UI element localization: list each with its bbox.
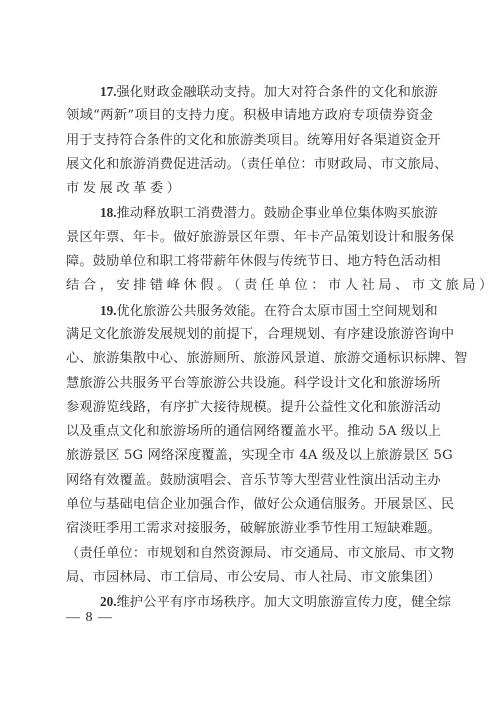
item-heading: 推动释放职工消费潜力。 <box>116 206 263 221</box>
paragraph-20: 20.维护公平有序市场秩序。加大文明旅游宣传力度，健全综 <box>66 590 433 614</box>
paragraph-line: 心、旅游集散中心、旅游厕所、旅游风景道、旅游交通标识标牌、智 <box>66 347 433 371</box>
item-number: 20. <box>100 594 116 609</box>
paragraph-line: 景区年票、年卡。做好旅游景区年票、年卡产品策划设计和服务保 <box>66 226 433 250</box>
page-number: — 8 — <box>66 610 113 626</box>
paragraph-first-line: 18.推动释放职工消费潜力。鼓励企事业单位集体购买旅游 <box>66 201 433 225</box>
paragraph-line: 展文化和旅游消费促进活动。（责任单位：市财政局、市文旅局、 <box>66 153 433 177</box>
line-text: 鼓励企事业单位集体购买旅游 <box>264 206 438 221</box>
item-number: 19. <box>100 303 116 318</box>
paragraph-first-line: 19.优化旅游公共服务效能。在符合太原市国土空间规划和 <box>66 299 433 323</box>
paragraph-line: 慧旅游公共服务平台等旅游公共设施。科学设计文化和旅游场所 <box>66 372 433 396</box>
document-body: 17.强化财政金融联动支持。加大对符合条件的文化和旅游 领域“两新”项目的支持力… <box>66 80 433 615</box>
paragraph-line: 领域“两新”项目的支持力度。积极申请地方政府专项债券资金 <box>66 104 433 128</box>
paragraph-line: （责任单位：市规划和自然资源局、市交通局、市文旅局、市文物 <box>66 542 433 566</box>
paragraph-19: 19.优化旅游公共服务效能。在符合太原市国土空间规划和 满足文化旅游发展规划的前… <box>66 299 433 591</box>
paragraph-line: 以及重点文化和旅游场所的通信网络覆盖水平。推动 5A 级以上 <box>66 420 433 444</box>
paragraph-line: 障。鼓励单位和职工将带薪年休假与传统节日、地方特色活动相 <box>66 250 433 274</box>
item-heading: 优化旅游公共服务效能。 <box>116 304 263 319</box>
line-text: 在符合太原市国土空间规划和 <box>264 304 438 319</box>
paragraph-line: 单位与基础电信企业加强合作，做好公众通信服务。开展景区、民 <box>66 493 433 517</box>
paragraph-line: 参观游览线路，有序扩大接待规模。提升公益性文化和旅游活动 <box>66 396 433 420</box>
item-heading: 维护公平有序市场秩序。 <box>116 595 263 610</box>
paragraph-line: 局、市园林局、市工信局、市公安局、市人社局、市文旅集团） <box>66 566 433 590</box>
paragraph-line: 市发展改革委） <box>66 177 433 201</box>
paragraph-17: 17.强化财政金融联动支持。加大对符合条件的文化和旅游 领域“两新”项目的支持力… <box>66 80 433 201</box>
paragraph-line: 结合，安排错峰休假。（责任单位：市人社局、市文旅局） <box>66 274 433 298</box>
paragraph-line: 满足文化旅游发展规划的前提下，合理规划、有序建设旅游咨询中 <box>66 323 433 347</box>
paragraph-line: 旅游景区 5G 网络深度覆盖，实现全市 4A 级及以上旅游景区 5G <box>66 444 433 468</box>
paragraph-first-line: 20.维护公平有序市场秩序。加大文明旅游宣传力度，健全综 <box>66 590 433 614</box>
line-text: 加大对符合条件的文化和旅游 <box>264 85 438 100</box>
paragraph-line: 宿淡旺季用工需求对接服务，破解旅游业季节性用工短缺难题。 <box>66 517 433 541</box>
paragraph-first-line: 17.强化财政金融联动支持。加大对符合条件的文化和旅游 <box>66 80 433 104</box>
paragraph-line: 用于支持符合条件的文化和旅游类项目。统筹用好各渠道资金开 <box>66 129 433 153</box>
item-number: 17. <box>100 84 116 99</box>
paragraph-18: 18.推动释放职工消费潜力。鼓励企事业单位集体购买旅游 景区年票、年卡。做好旅游… <box>66 201 433 298</box>
item-heading: 强化财政金融联动支持。 <box>116 85 263 100</box>
paragraph-line: 网络有效覆盖。鼓励演唱会、音乐节等大型营业性演出活动主办 <box>66 469 433 493</box>
line-text: 加大文明旅游宣传力度，健全综 <box>264 595 451 610</box>
item-number: 18. <box>100 205 116 220</box>
